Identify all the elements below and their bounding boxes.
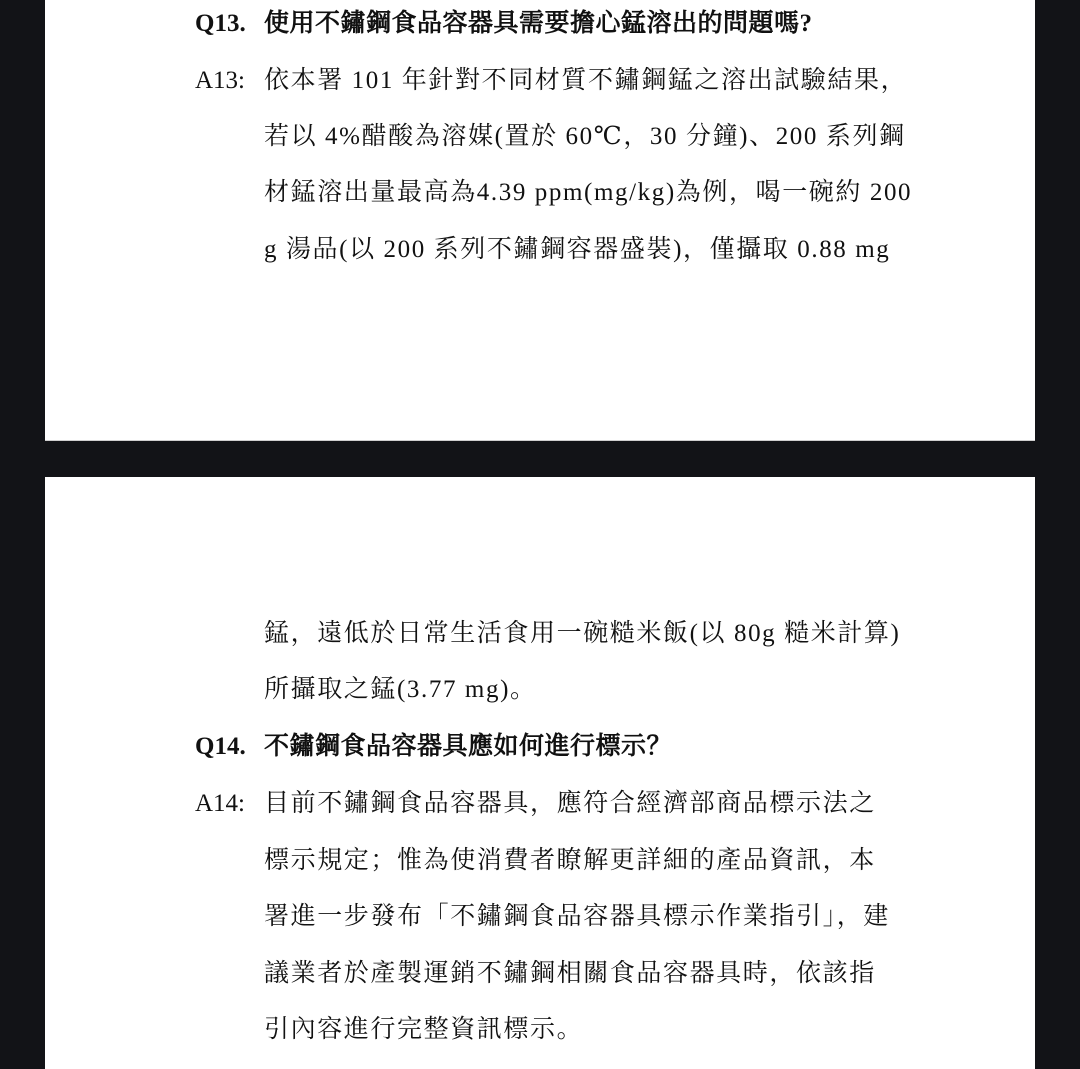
question-q14: 不鏽鋼食品容器具應如何進行標示？ [264, 732, 672, 762]
answer-label-a14: A14: [195, 789, 245, 819]
question-q13: 使用不鏽鋼食品容器具需要擔心錳溶出的問題嗎? [264, 9, 813, 39]
answer-label-a13: A13: [195, 66, 245, 96]
answer-a13-cont-line-1: 錳，遠低於日常生活食用一碗糙米飯(以 80g 糙米計算) [264, 619, 900, 649]
answer-a14-line-3: 署進一步發布「不鏽鋼食品容器具標示作業指引」，建 [264, 902, 890, 932]
answer-a14-line-2: 標示規定；惟為使消費者瞭解更詳細的產品資訊，本 [264, 846, 876, 876]
document-page-2: 錳，遠低於日常生活食用一碗糙米飯(以 80g 糙米計算) 所攝取之錳(3.77 … [45, 477, 1035, 1069]
question-label-q13: Q13. [195, 9, 246, 39]
question-label-q14: Q14. [195, 732, 246, 762]
answer-a13-line-1: 依本署 101 年針對不同材質不鏽鋼錳之溶出試驗結果， [264, 66, 907, 96]
answer-a13-line-3: 材錳溶出量最高為4.39 ppm(mg/kg)為例，喝一碗約 200 [264, 178, 912, 208]
answer-a14-line-5: 引內容進行完整資訊標示。 [264, 1015, 583, 1045]
document-page-1: Q13. 使用不鏽鋼食品容器具需要擔心錳溶出的問題嗎? A13: 依本署 101… [45, 0, 1035, 441]
answer-a13-line-2: 若以 4%醋酸為溶媒(置於 60℃，30 分鐘)、200 系列鋼 [264, 122, 906, 152]
answer-a13-line-4: g 湯品(以 200 系列不鏽鋼容器盛裝)，僅攝取 0.88 mg [264, 235, 890, 265]
answer-a14-line-1: 目前不鏽鋼食品容器具，應符合經濟部商品標示法之 [264, 789, 876, 819]
answer-a14-line-4: 議業者於產製運銷不鏽鋼相關食品容器具時，依該指 [264, 959, 876, 989]
answer-a13-cont-line-2: 所攝取之錳(3.77 mg)。 [264, 675, 537, 705]
